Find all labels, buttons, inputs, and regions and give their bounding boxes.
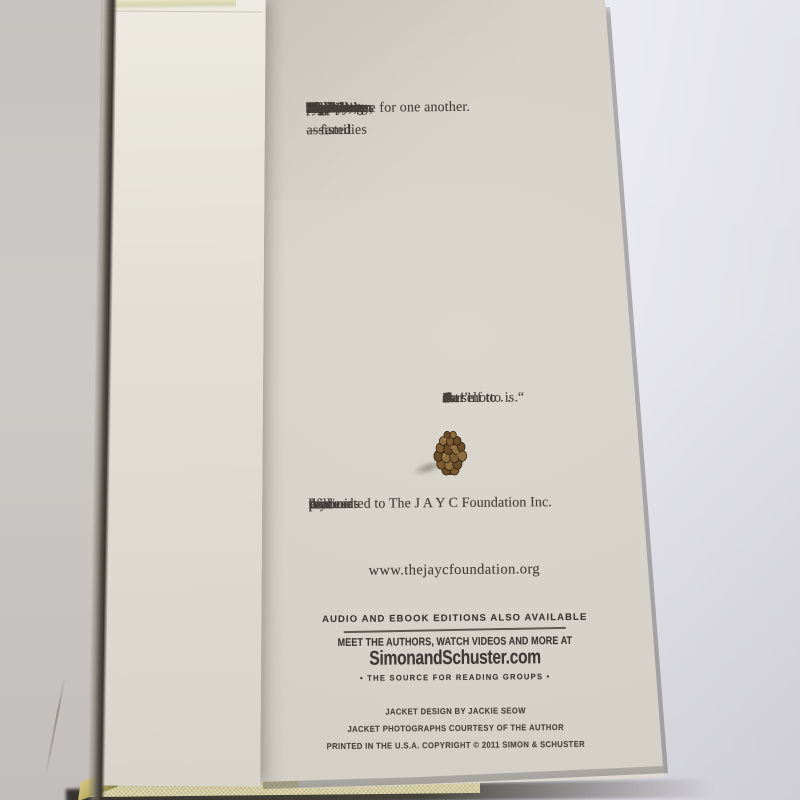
publisher-tagline: • THE SOURCE FOR READING GROUPS •: [317, 672, 593, 683]
photo-open-book-jacket-flap: Thepineconeisasymbolthatrepresentsthesee…: [0, 0, 800, 800]
credit-line: PRINTED IN THE U.S.A. COPYRIGHT © 2011 S…: [325, 736, 586, 755]
board-cloth-top-sliver: [108, 0, 236, 10]
jacket-credits: JACKET DESIGN BY JACKIE SEOWJACKET PHOTO…: [310, 702, 600, 756]
editions-availability-note: AUDIO AND EBOOK EDITIONS ALSO AVAILABLE: [310, 612, 600, 626]
divider-rule: [344, 627, 566, 633]
foundation-website-url: www.thejaycfoundation.org: [309, 561, 599, 581]
publisher-website: SimonandSchuster.com: [342, 646, 568, 671]
flap-lower-block: www.thejaycfoundation.org AUDIO AND EBOO…: [304, 0, 601, 800]
endpaper-page-edge: [97, 0, 266, 787]
